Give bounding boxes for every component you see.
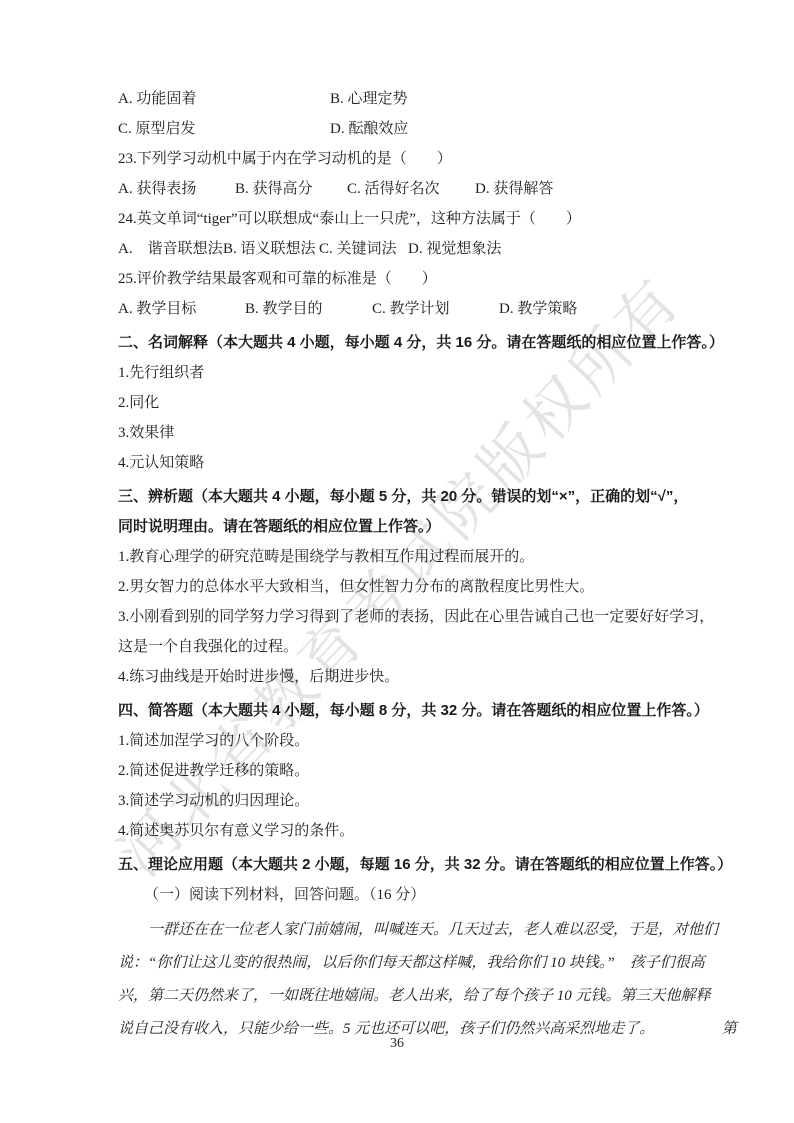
q22-options-row-1: A. 功能固着 B. 心理定势 bbox=[118, 84, 680, 114]
q24-option-b: B. 语义联想法 bbox=[223, 234, 319, 264]
q22-option-d: D. 酝酿效应 bbox=[330, 114, 408, 144]
material-line-3: 兴，第二天仍然来了，一如既往地嬉闹。老人出来，给了每个孩子 10 元钱。第三天他… bbox=[118, 980, 680, 1013]
section5-title: 五、理论应用题（本大题共 2 小题，每题 16 分，共 32 分。请在答题纸的相… bbox=[118, 850, 680, 880]
section3-item-4: 4.练习曲线是开始时进步慢，后期进步快。 bbox=[118, 662, 680, 692]
q23-option-c: C. 活得好名次 bbox=[347, 174, 475, 204]
q25-option-d: D. 教学策略 bbox=[499, 294, 577, 324]
q22-option-c: C. 原型启发 bbox=[118, 114, 330, 144]
section3-item-3-line1: 3.小刚看到别的同学努力学习得到了老师的表扬，因此在心里告诫自己也一定要好好学习… bbox=[118, 602, 680, 632]
q22-option-a: A. 功能固着 bbox=[118, 84, 330, 114]
section2-item-3: 3.效果律 bbox=[118, 418, 680, 448]
section4-item-4: 4.简述奥苏贝尔有意义学习的条件。 bbox=[118, 816, 680, 846]
section2-item-1: 1.先行组织者 bbox=[118, 358, 680, 388]
q23-option-b: B. 获得高分 bbox=[235, 174, 347, 204]
section2-title: 二、名词解释（本大题共 4 小题，每小题 4 分，共 16 分。请在答题纸的相应… bbox=[118, 328, 680, 358]
q24-options-row: A. 谐音联想法 B. 语义联想法 C. 关键词法 D. 视觉想象法 bbox=[118, 234, 680, 264]
q25-option-a: A. 教学目标 bbox=[118, 294, 245, 324]
q24-option-d: D. 视觉想象法 bbox=[408, 234, 501, 264]
material-line-2: 说：“你们让这儿变的很热闹，以后你们每天都这样喊，我给你们 10 块钱。” 孩子… bbox=[118, 947, 680, 980]
q25-stem: 25.评价教学结果最客观和可靠的标准是（ ） bbox=[118, 264, 680, 294]
q22-options-row-2: C. 原型启发 D. 酝酿效应 bbox=[118, 114, 680, 144]
section3-title-line2: 同时说明理由。请在答题纸的相应位置上作答。） bbox=[118, 512, 680, 542]
material-line-1: 一群还在在一位老人家门前嬉闹，叫喊连天。几天过去，老人难以忍受，于是，对他们 bbox=[118, 914, 680, 947]
q24-option-c: C. 关键词法 bbox=[319, 234, 408, 264]
section4-title: 四、简答题（本大题共 4 小题，每小题 8 分，共 32 分。请在答题纸的相应位… bbox=[118, 696, 680, 726]
exam-paper-page: 河北省教育考试院版权所有 A. 功能固着 B. 心理定势 C. 原型启发 D. … bbox=[0, 0, 794, 1123]
page-number: 36 bbox=[0, 1036, 794, 1052]
section2-item-4: 4.元认知策略 bbox=[118, 448, 680, 478]
section4-item-2: 2.简述促进教学迁移的策略。 bbox=[118, 756, 680, 786]
section4-item-1: 1.简述加涅学习的八个阶段。 bbox=[118, 726, 680, 756]
section2-item-2: 2.同化 bbox=[118, 388, 680, 418]
section3-item-3-line2: 这是一个自我强化的过程。 bbox=[118, 632, 680, 662]
q25-option-b: B. 教学目的 bbox=[245, 294, 372, 324]
q22-option-b: B. 心理定势 bbox=[330, 84, 408, 114]
q25-options-row: A. 教学目标 B. 教学目的 C. 教学计划 D. 教学策略 bbox=[118, 294, 680, 324]
q24-option-a: A. 谐音联想法 bbox=[118, 234, 223, 264]
section5-subquestion: （一）阅读下列材料，回答问题。（16 分） bbox=[118, 880, 680, 910]
section3-item-2: 2.男女智力的总体水平大致相当，但女性智力分布的离散程度比男性大。 bbox=[118, 572, 680, 602]
q23-stem: 23.下列学习动机中属于内在学习动机的是（ ） bbox=[118, 144, 680, 174]
exam-content: A. 功能固着 B. 心理定势 C. 原型启发 D. 酝酿效应 23.下列学习动… bbox=[118, 84, 680, 1046]
q25-option-c: C. 教学计划 bbox=[372, 294, 499, 324]
section3-title-line1: 三、辨析题（本大题共 4 小题，每小题 5 分，共 20 分。错误的划“×”，正… bbox=[118, 482, 680, 512]
section4-item-3: 3.简述学习动机的归因理论。 bbox=[118, 786, 680, 816]
q23-option-d: D. 获得解答 bbox=[475, 174, 553, 204]
q23-options-row: A. 获得表扬 B. 获得高分 C. 活得好名次 D. 获得解答 bbox=[118, 174, 680, 204]
q24-stem: 24.英文单词“tiger”可以联想成“泰山上一只虎”，这种方法属于（ ） bbox=[118, 204, 680, 234]
q23-option-a: A. 获得表扬 bbox=[118, 174, 235, 204]
section3-item-1: 1.教育心理学的研究范畴是围绕学与教相互作用过程而展开的。 bbox=[118, 542, 680, 572]
